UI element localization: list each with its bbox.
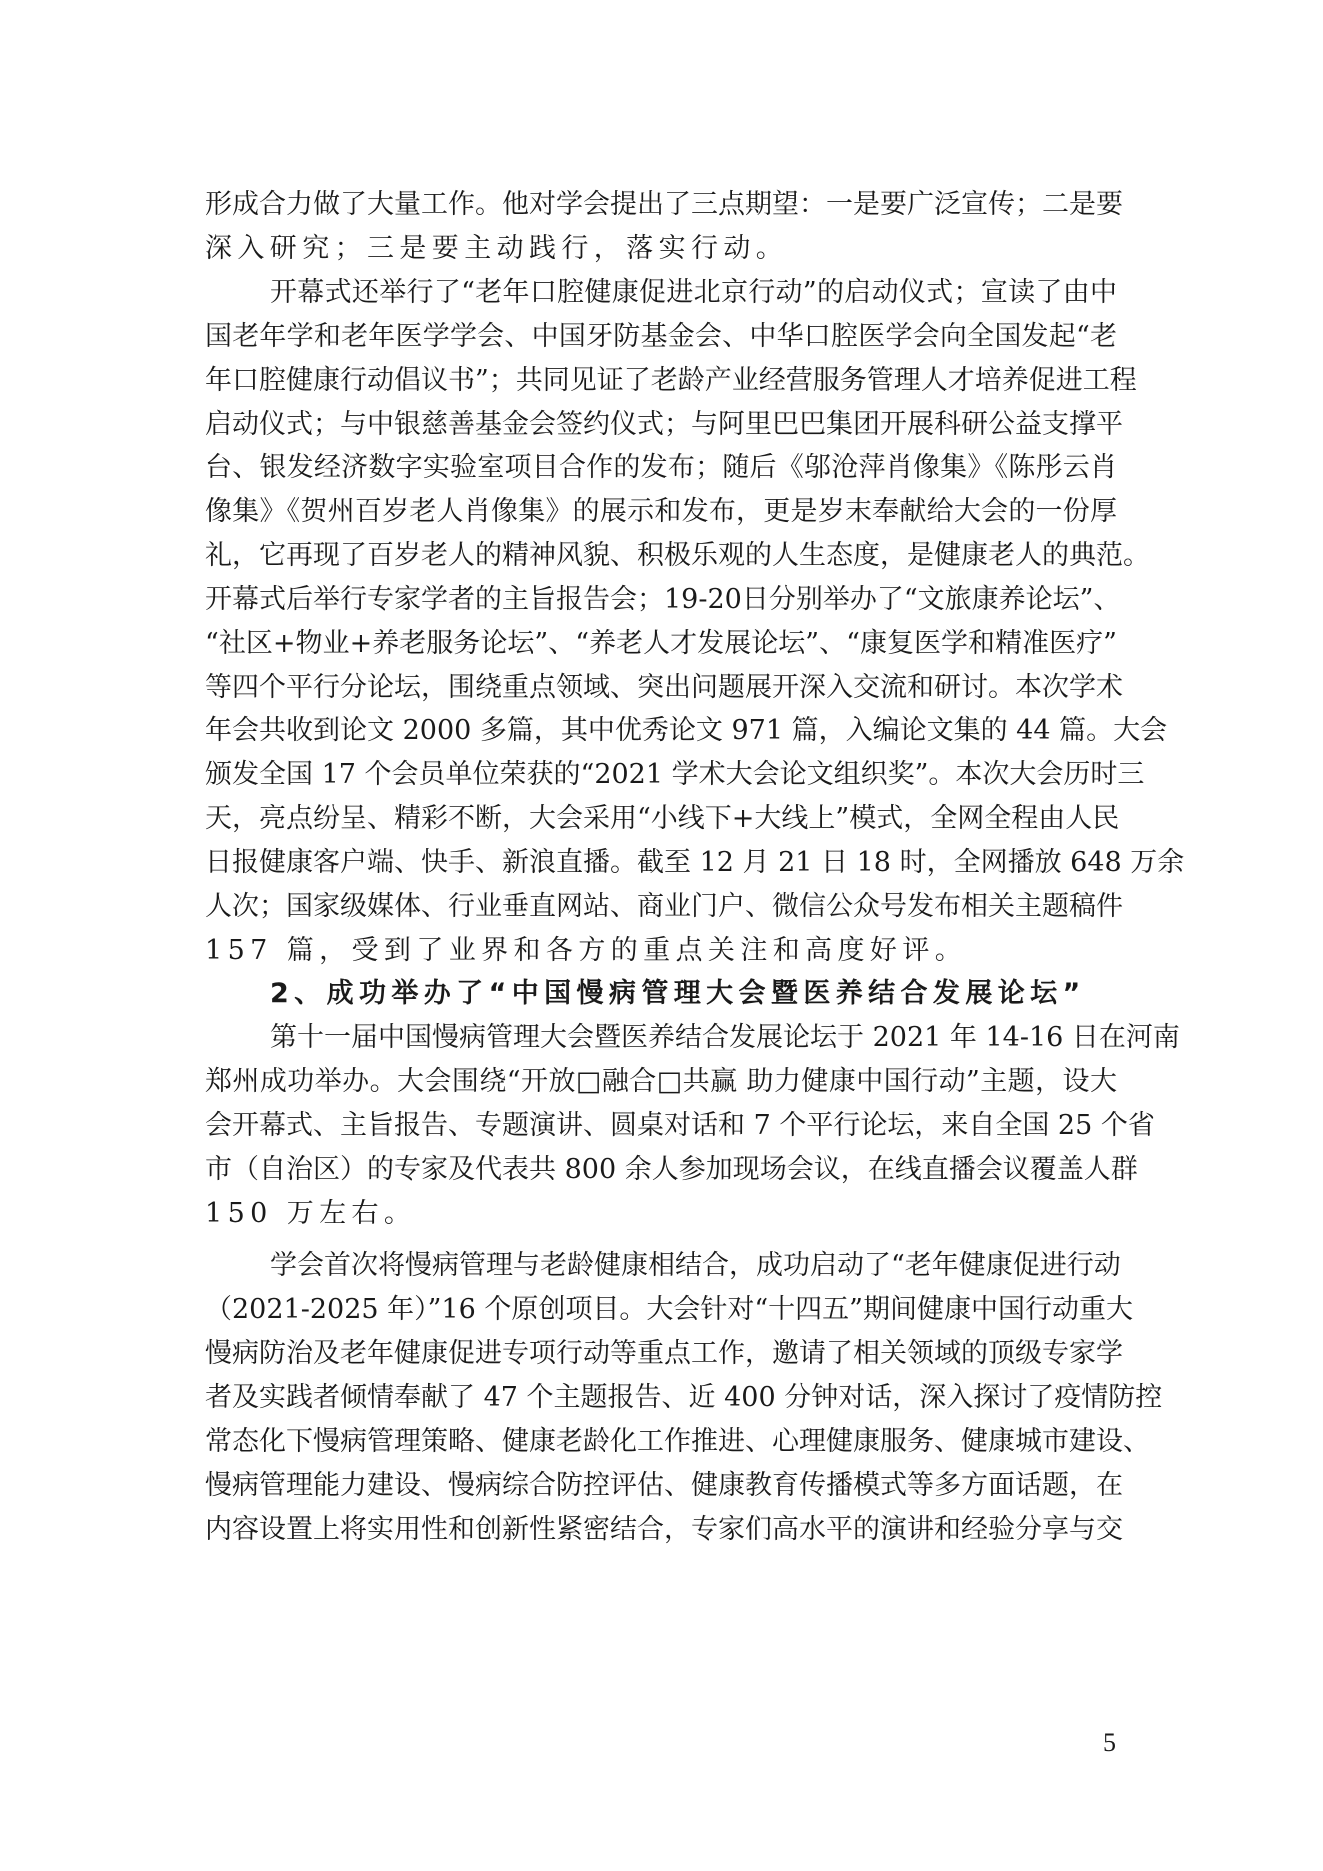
text-line: 会开幕式、主旨报告、专题演讲、圆桌对话和 7 个平行论坛，来自全国 25 个省: [205, 1106, 1117, 1146]
text-line: 礼，它再现了百岁老人的精神风貌、积极乐观的人生态度，是健康老人的典范。: [205, 536, 1117, 576]
text-line: 者及实践者倾情奉献了 47 个主题报告、近 400 分钟对话，深入探讨了疫情防控: [205, 1378, 1117, 1418]
paragraph-start-line: 学会首次将慢病管理与老龄健康相结合，成功启动了“老年健康促进行动: [270, 1246, 1117, 1286]
text-line: “社区+物业+养老服务论坛”、“养老人才发展论坛”、“康复医学和精准医疗”: [205, 624, 1117, 664]
text-line: 深入研究；三是要主动践行，落实行动。: [205, 229, 1117, 269]
text-line: 日报健康客户端、快手、新浪直播。截至 12 月 21 日 18 时，全网播放 6…: [205, 843, 1117, 883]
text-line: 等四个平行分论坛，围绕重点领域、突出问题展开深入交流和研讨。本次学术: [205, 668, 1117, 708]
paragraph-start-line: 开幕式还举行了“老年口腔健康促进北京行动”的启动仪式；宣读了由中: [270, 273, 1117, 313]
text-line: 台、银发经济数字实验室项目合作的发布；随后《邬沧萍肖像集》《陈彤云肖: [205, 448, 1117, 488]
text-line: 形成合力做了大量工作。他对学会提出了三点期望：一是要广泛宣传；二是要: [205, 185, 1117, 225]
text-line: 人次；国家级媒体、行业垂直网站、商业门户、微信公众号发布相关主题稿件: [205, 887, 1117, 927]
text-line: 157 篇，受到了业界和各方的重点关注和高度好评。: [205, 931, 1117, 971]
text-line: 150 万左右。: [205, 1194, 1117, 1234]
section-heading: 2、成功举办了“中国慢病管理大会暨医养结合发展论坛”: [270, 974, 1117, 1014]
text-line: 慢病防治及老年健康促进专项行动等重点工作，邀请了相关领域的顶级专家学: [205, 1334, 1117, 1374]
text-line: 常态化下慢病管理策略、健康老龄化工作推进、心理健康服务、健康城市建设、: [205, 1422, 1117, 1462]
text-line: 颁发全国 17 个会员单位荣获的“2021 学术大会论文组织奖”。本次大会历时三: [205, 755, 1117, 795]
text-line: 郑州成功举办。大会围绕“开放□融合□共赢 助力健康中国行动”主题，设大: [205, 1062, 1117, 1102]
text-line: 天，亮点纷呈、精彩不断，大会采用“小线下+大线上”模式，全网全程由人民: [205, 799, 1117, 839]
text-line: 慢病管理能力建设、慢病综合防控评估、健康教育传播模式等多方面话题，在: [205, 1466, 1117, 1506]
text-line: 启动仪式；与中银慈善基金会签约仪式；与阿里巴巴集团开展科研公益支撑平: [205, 405, 1117, 445]
text-line: 年会共收到论文 2000 多篇，其中优秀论文 971 篇，入编论文集的 44 篇…: [205, 711, 1117, 751]
document-page: 形成合力做了大量工作。他对学会提出了三点期望：一是要广泛宣传；二是要 深入研究；…: [0, 0, 1323, 1871]
text-line: 年口腔健康行动倡议书”；共同见证了老龄产业经营服务管理人才培养促进工程: [205, 361, 1117, 401]
text-line: 内容设置上将实用性和创新性紧密结合，专家们高水平的演讲和经验分享与交: [205, 1510, 1117, 1550]
text-line: 国老年学和老年医学学会、中国牙防基金会、中华口腔医学会向全国发起“老: [205, 317, 1117, 357]
paragraph-start-line: 第十一届中国慢病管理大会暨医养结合发展论坛于 2021 年 14-16 日在河南: [270, 1018, 1117, 1058]
text-line: 像集》《贺州百岁老人肖像集》的展示和发布，更是岁末奉献给大会的一份厚: [205, 492, 1117, 532]
text-line: 开幕式后举行专家学者的主旨报告会；19-20日分别举办了“文旅康养论坛”、: [205, 580, 1117, 620]
text-line: 市（自治区）的专家及代表共 800 余人参加现场会议，在线直播会议覆盖人群: [205, 1150, 1117, 1190]
text-line: （2021-2025 年）”16 个原创项目。大会针对“十四五”期间健康中国行动…: [205, 1290, 1117, 1330]
page-number: 5: [1103, 1728, 1116, 1758]
